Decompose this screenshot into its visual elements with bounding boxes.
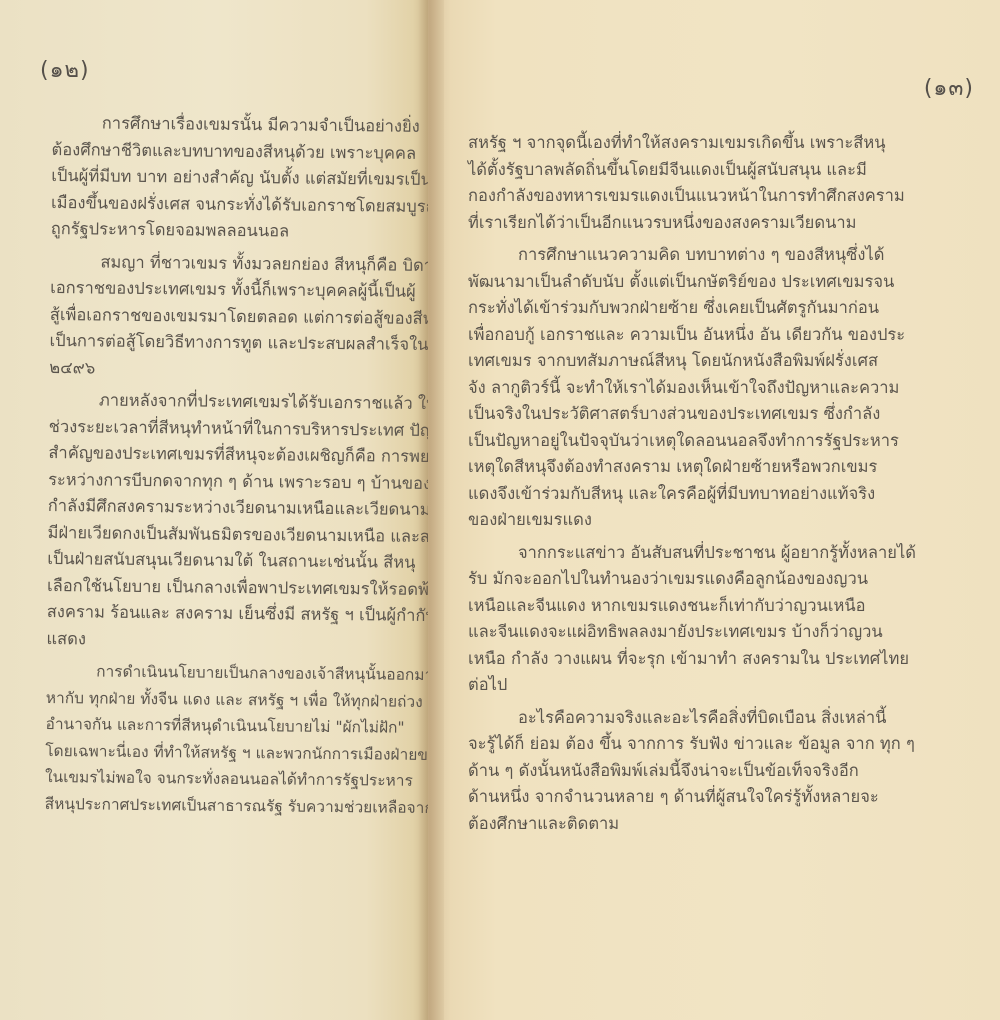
text-line: ถูกรัฐประหารโดยจอมพลลอนนอล [51, 216, 430, 247]
text-line: ด้านหนึ่ง จากจำนวนหลาย ๆ ด้านที่ผู้สนใจใ… [468, 784, 988, 811]
page-text: การศึกษาเรื่องเขมรนั้น มีความจำเป็นอย่าง… [45, 110, 430, 821]
left-page: (๑๒) การศึกษาเรื่องเขมรนั้น มีความจำเป็น… [0, 0, 430, 1020]
text-line: การศึกษาเรื่องเขมรนั้น มีความจำเป็นอย่าง… [52, 110, 430, 141]
text-line: เป็นผู้ที่มีบท บาท อย่างสำคัญ นับตั้ง แต… [51, 163, 430, 194]
text-line: สำคัญของประเทศเขมรที่สีหนุจะต้องเผชิญก็ค… [48, 440, 430, 471]
text-line: ต่อไป [468, 672, 988, 699]
right-page: (๑๓) สหรัฐ ฯ จากจุดนี้เองที่ทำให้สงครามเ… [428, 0, 1000, 1020]
text-line: รับ มักจะออกไปในทำนองว่าเขมรแดงคือลูกน้อ… [468, 566, 988, 593]
text-line: ด้าน ๆ ดังนั้นหนังสือพิมพ์เล่มนี้จึงน่าจ… [468, 758, 988, 785]
text-line: กระทั่งได้เข้าร่วมกับพวกฝ่ายซ้าย ซึ่งเคย… [468, 295, 988, 322]
text-line: จัง ลากูติวร์นี้ จะทำให้เราได้มองเห็นเข้… [468, 375, 988, 402]
text-line: ในเขมรไม่พอใจ จนกระทั่งลอนนอลได้ทำการรัฐ… [45, 764, 430, 795]
book-spread: (๑๒) การศึกษาเรื่องเขมรนั้น มีความจำเป็น… [0, 0, 1000, 1020]
text-line: เหนือและจีนแดง หากเขมรแดงชนะก็เท่ากับว่า… [468, 593, 988, 620]
text-line: เป็นจริงในประวัติศาสตร์บางส่วนของประเทศเ… [468, 401, 988, 428]
text-line: การดำเนินนโยบายเป็นกลางของเจ้าสีหนุนั้นอ… [46, 658, 430, 689]
text-line: อำนาจกัน และการที่สีหนุดำเนินนโยบายไม่ "… [45, 711, 430, 742]
text-line: สหรัฐ ฯ จากจุดนี้เองที่ทำให้สงครามเขมรเก… [468, 130, 988, 157]
text-line: สีหนุประกาศประเทศเป็นสาธารณรัฐ รับความช่… [45, 790, 430, 821]
text-line: พัฒนามาเป็นลำดับนับ ตั้งแต่เป็นกษัตริย์ข… [468, 269, 988, 296]
text-line: เป็นฝ่ายสนับสนุนเวียดนามใต้ ในสถานะเช่นน… [47, 546, 430, 577]
page-number: (๑๓) [924, 70, 974, 105]
text-line: เพื่อกอบกู้ เอกราชและ ความเป็น อันหนึ่ง … [468, 322, 988, 349]
text-line: การศึกษาแนวความคิด บทบาทต่าง ๆ ของสีหนุซ… [468, 242, 988, 269]
text-line: เทศเขมร จากบทสัมภาษณ์สีหนุ โดยนักหนังสือ… [468, 348, 988, 375]
text-line: เป็นปัญหาอยู่ในปัจจุบันว่าเหตุใดลอนนอลจึ… [468, 428, 988, 455]
text-line: เป็นการต่อสู้โดยวิธีทางการทูต และประสบผล… [49, 328, 430, 359]
page-number: (๑๒) [40, 52, 90, 87]
text-line: เอกราชของประเทศเขมร ทั้งนี้ก็เพราะบุคคลผ… [50, 275, 430, 306]
text-line: ได้ตั้งรัฐบาลพลัดถิ่นขึ้นโดยมีจีนแดงเป็น… [468, 157, 988, 184]
text-line: กองกำลังของทหารเขมรแดงเป็นแนวหน้าในการทำ… [468, 183, 988, 210]
text-line: กำลังมีศึกสงครามระหว่างเวียดนามเหนือและเ… [48, 493, 430, 524]
text-line: เหตุใดสีหนุจึงต้องทำสงคราม เหตุใดฝ่ายซ้า… [468, 454, 988, 481]
text-line: แดงจึงเข้าร่วมกับสีหนุ และใครคือผู้ที่มี… [468, 481, 988, 508]
text-line: ของฝ่ายเขมรแดง [468, 507, 988, 534]
text-line: ภายหลังจากที่ประเทศเขมรได้รับเอกราชแล้ว … [49, 387, 430, 418]
text-line: สงคราม ร้อนและ สงคราม เย็นซึ่งมี สหรัฐ ฯ… [47, 599, 430, 630]
text-line: อะไรคือความจริงและอะไรคือสิ่งที่บิดเบือน… [468, 705, 988, 732]
text-line: เหนือ กำลัง วางแผน ที่จะรุก เข้ามาทำ สงค… [468, 646, 988, 673]
text-line: ที่เราเรียกได้ว่าเป็นอีกแนวรบหนึ่งของสงค… [468, 210, 988, 237]
text-line: และจีนแดงจะแผ่อิทธิพลลงมายังประเทศเขมร บ… [468, 619, 988, 646]
text-line: จะรู้ได้ก็ ย่อม ต้อง ขึ้น จากการ รับฟัง … [468, 731, 988, 758]
text-line: จากกระแสข่าว อันสับสนที่ประชาชน ผู้อยากร… [468, 540, 988, 567]
page-text: สหรัฐ ฯ จากจุดนี้เองที่ทำให้สงครามเขมรเก… [468, 130, 988, 837]
text-line: ต้องศึกษาและติดตาม [468, 811, 988, 838]
